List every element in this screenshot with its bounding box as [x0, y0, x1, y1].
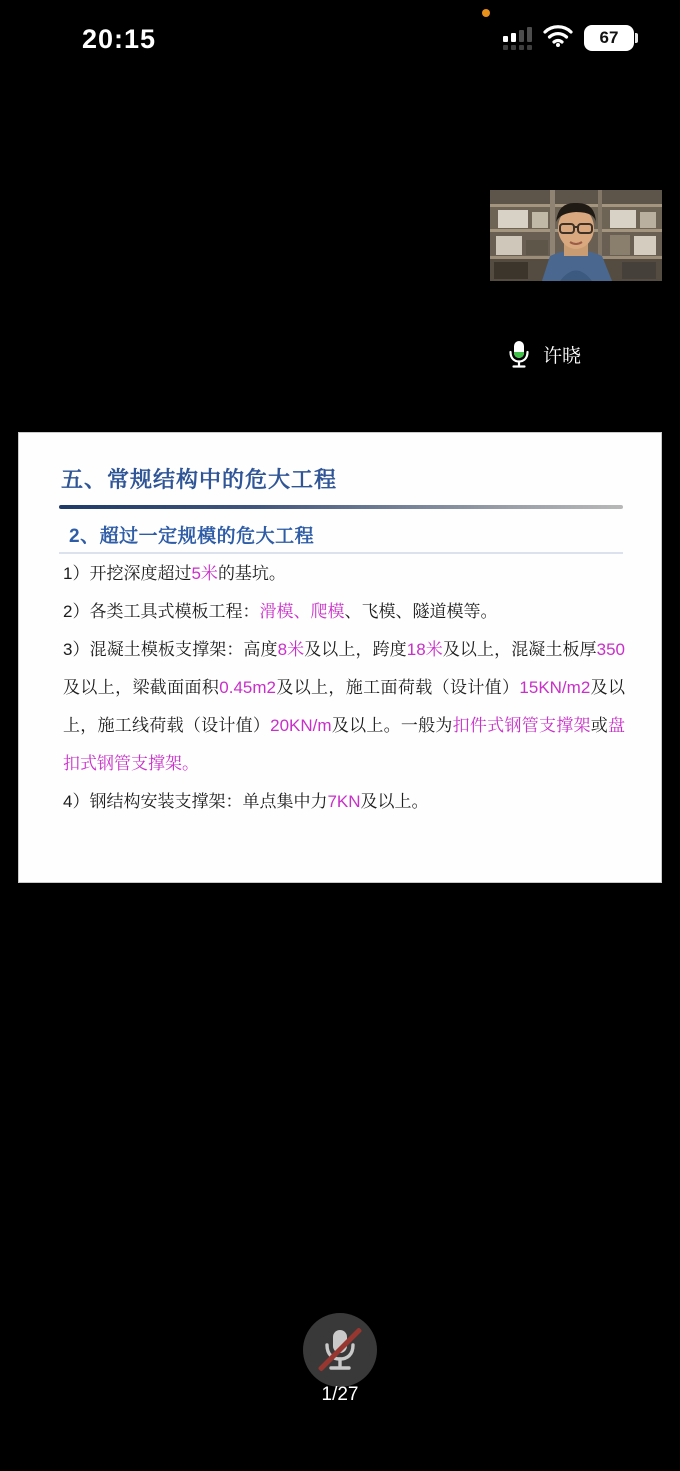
- text-segment: 的基坑。: [218, 564, 286, 583]
- text-segment: 4）钢结构安装支撑架：单点集中力: [63, 792, 327, 811]
- text-segment: 0.45m2: [219, 678, 276, 697]
- page-indicator: 1/27: [0, 1384, 680, 1406]
- wifi-icon: [543, 24, 573, 53]
- mic-in-use-indicator-dot: [482, 9, 490, 17]
- battery-nub: [635, 33, 638, 43]
- text-segment: 3）混凝土模板支撑架：高度: [63, 640, 278, 659]
- slide-paragraph: 1）开挖深度超过5米的基坑。: [63, 555, 625, 593]
- participant-video-thumbnail[interactable]: [490, 190, 662, 281]
- slide-title: 五、常规结构中的危大工程: [61, 463, 337, 494]
- slide-paragraph: 2）各类工具式模板工程：滑模、爬模、飞模、隧道模等。: [63, 593, 625, 631]
- meeting-screen: 20:15 67: [0, 0, 680, 1471]
- muted-mic-icon: [322, 1328, 358, 1372]
- text-segment: 18米: [407, 640, 443, 659]
- slide-body: 1）开挖深度超过5米的基坑。2）各类工具式模板工程：滑模、爬模、飞模、隧道模等。…: [63, 555, 625, 821]
- text-segment: 及以上。一般为: [332, 716, 453, 735]
- text-segment: 及以上，跨度: [304, 640, 407, 659]
- mic-volume-icon: [508, 340, 530, 368]
- battery-indicator: 67: [584, 25, 638, 51]
- text-segment: 及以上。: [361, 792, 429, 811]
- text-segment: 扣件式钢管支撑架: [453, 716, 591, 735]
- text-segment: 、飞模、隧道模等。: [344, 602, 497, 621]
- clock: 20:15: [82, 24, 156, 55]
- mute-button[interactable]: [303, 1313, 377, 1387]
- slide-subtitle: 2、超过一定规模的危大工程: [69, 521, 314, 548]
- text-segment: 7KN: [327, 792, 360, 811]
- text-segment: 2）各类工具式模板工程：: [63, 602, 259, 621]
- slide-paragraph: 4）钢结构安装支撑架：单点集中力7KN及以上。: [63, 783, 625, 821]
- active-speaker-row: 许晓: [508, 340, 581, 368]
- text-segment: 或: [591, 716, 608, 735]
- text-segment: 及以上，混凝土板厚: [443, 640, 597, 659]
- text-segment: 20KN/m: [270, 716, 331, 735]
- cellular-signal-icon: [503, 27, 532, 50]
- text-segment: 及以上，施工面荷载（设计值）: [276, 678, 519, 697]
- text-segment: 1）开挖深度超过: [63, 564, 191, 583]
- text-segment: 5米: [191, 564, 217, 583]
- text-segment: 滑模、爬模: [259, 602, 344, 621]
- text-segment: 350: [597, 640, 625, 659]
- slide-subtitle-rule: [59, 552, 623, 554]
- shared-slide[interactable]: 五、常规结构中的危大工程 2、超过一定规模的危大工程 1）开挖深度超过5米的基坑…: [18, 432, 662, 883]
- battery-percent: 67: [584, 25, 634, 51]
- text-segment: 8米: [278, 640, 305, 659]
- slide-paragraph: 3）混凝土模板支撑架：高度8米及以上，跨度18米及以上，混凝土板厚350及以上，…: [63, 631, 625, 783]
- text-segment: 15KN/m2: [519, 678, 590, 697]
- status-bar: 20:15 67: [0, 0, 680, 64]
- presenter-illustration: [490, 190, 662, 281]
- slide-title-rule: [59, 505, 623, 509]
- text-segment: 及以上，梁截面面积: [63, 678, 219, 697]
- participant-name: 许晓: [543, 341, 581, 368]
